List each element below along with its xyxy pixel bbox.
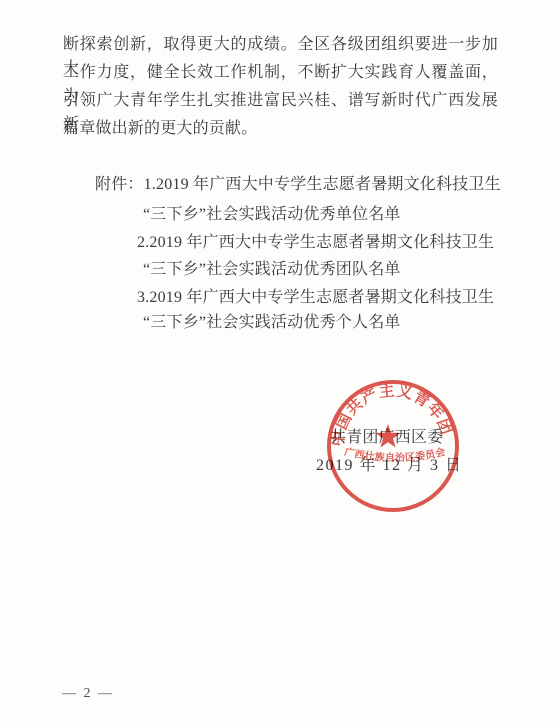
seal-bottom-text: 广西壮族自治区委员会 (343, 445, 446, 464)
attachment-1-title: 1.2019 年广西大中专学生志愿者暑期文化科技卫生 (144, 176, 501, 193)
official-seal: 中国共产主义青年团 广西壮族自治区委员会 (323, 376, 463, 516)
attachment-item-1-line-1: 附件：1.2019 年广西大中专学生志愿者暑期文化科技卫生 (95, 173, 501, 197)
attachment-item-3-line-2: “三下乡”社会实践活动优秀个人名单 (143, 311, 401, 335)
page-number: — 2 — (62, 685, 114, 703)
attachment-item-3-line-1: 3.2019 年广西大中专学生志愿者暑期文化科技卫生 (137, 286, 494, 310)
body-line-4: 篇章做出新的更大的贡献。 (63, 117, 498, 141)
star-icon (376, 424, 401, 448)
attachment-label: 附件： (95, 176, 144, 193)
seal-ring (329, 382, 457, 510)
document-page: 断探索创新，取得更大的成绩。全区各级团组织要进一步加大 工作力度，健全长效工作机… (0, 0, 560, 726)
attachment-item-1-line-2: “三下乡”社会实践活动优秀单位名单 (143, 203, 401, 227)
attachment-item-2-line-2: “三下乡”社会实践活动优秀团队名单 (143, 258, 401, 282)
attachment-item-2-line-1: 2.2019 年广西大中专学生志愿者暑期文化科技卫生 (137, 231, 494, 255)
